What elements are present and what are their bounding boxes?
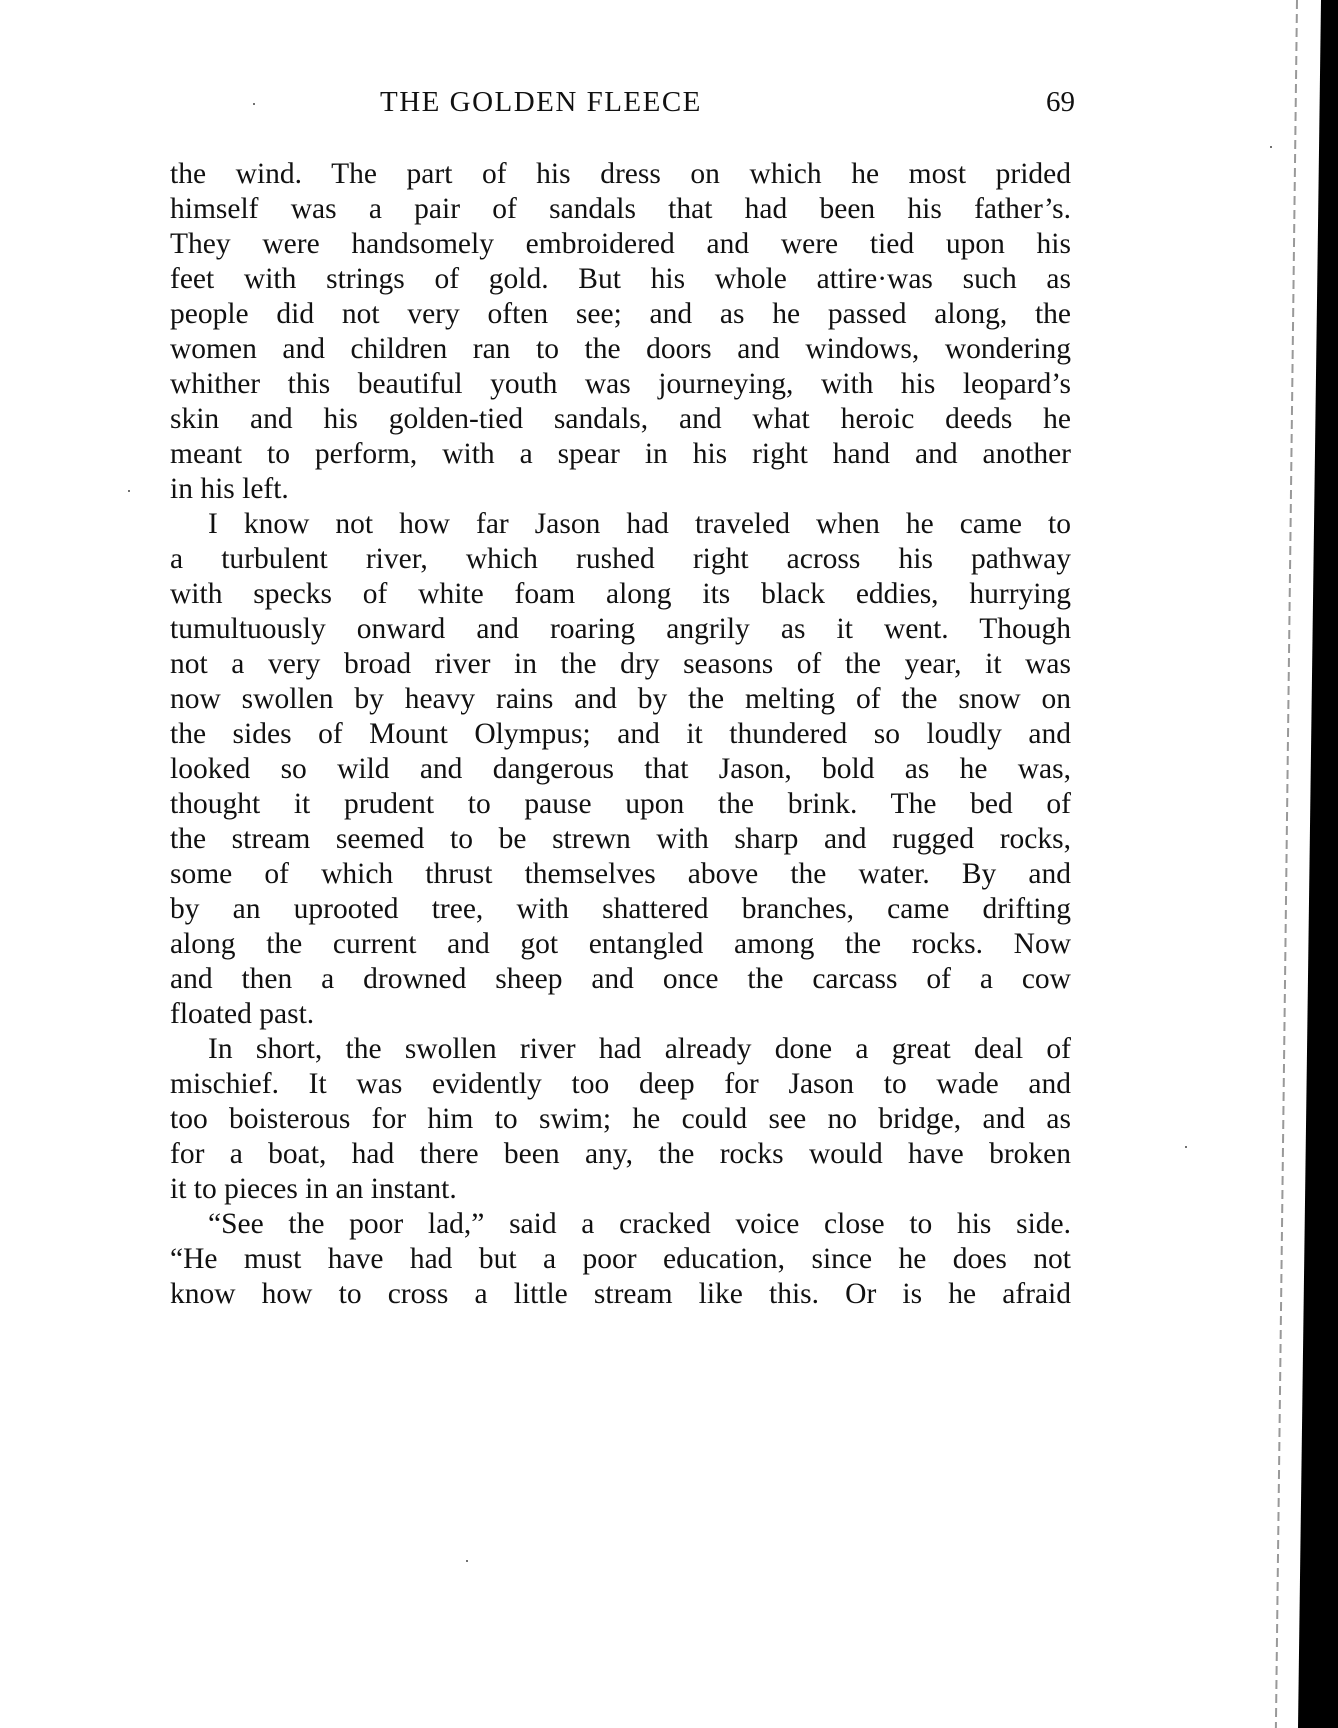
text-line: too boisterous for him to swim; he could… <box>170 1102 1071 1137</box>
text-line: tumultuously onward and roaring angrily … <box>170 612 1071 647</box>
scan-speck <box>1185 1146 1187 1148</box>
text-line: meant to perform, with a spear in his ri… <box>170 437 1071 472</box>
text-line: “He must have had but a poor education, … <box>170 1242 1071 1277</box>
text-line: the sides of Mount Olympus; and it thund… <box>170 717 1071 752</box>
text-line: looked so wild and dangerous that Jason,… <box>170 752 1071 787</box>
text-line: now swollen by heavy rains and by the me… <box>170 682 1071 717</box>
text-line: mischief. It was evidently too deep for … <box>170 1067 1071 1102</box>
text-line: floated past. <box>170 997 1071 1032</box>
paragraph-first-line: “See the poor lad,” said a cracked voice… <box>170 1207 1071 1242</box>
text-line: the wind. The part of his dress on which… <box>170 157 1071 192</box>
text-line: whither this beautiful youth was journey… <box>170 367 1071 402</box>
book-page: THE GOLDEN FLEECE 69 the wind. The part … <box>0 0 1338 1728</box>
text-line: not a very broad river in the dry season… <box>170 647 1071 682</box>
running-title: THE GOLDEN FLEECE <box>380 86 702 119</box>
text-line: it to pieces in an instant. <box>170 1172 1071 1207</box>
text-line: know how to cross a little stream like t… <box>170 1277 1071 1312</box>
text-line: people did not very often see; and as he… <box>170 297 1071 332</box>
text-line: skin and his golden-tied sandals, and wh… <box>170 402 1071 437</box>
scan-speck <box>253 103 255 105</box>
body-text: the wind. The part of his dress on which… <box>170 157 1071 1312</box>
text-line: some of which thrust themselves above th… <box>170 857 1071 892</box>
scan-edge-hairline <box>1275 0 1298 1728</box>
text-line: the stream seemed to be strewn with shar… <box>170 822 1071 857</box>
text-line: They were handsomely embroidered and wer… <box>170 227 1071 262</box>
scan-speck <box>128 490 130 492</box>
text-line: in his left. <box>170 472 1071 507</box>
paragraph-first-line: In short, the swollen river had already … <box>170 1032 1071 1067</box>
text-line: a turbulent river, which rushed right ac… <box>170 542 1071 577</box>
text-line: and then a drowned sheep and once the ca… <box>170 962 1071 997</box>
text-line: himself was a pair of sandals that had b… <box>170 192 1071 227</box>
text-line: feet with strings of gold. But his whole… <box>170 262 1071 297</box>
text-line: along the current and got entangled amon… <box>170 927 1071 962</box>
scan-speck <box>1270 146 1272 148</box>
text-line: with specks of white foam along its blac… <box>170 577 1071 612</box>
text-line: by an uprooted tree, with shattered bran… <box>170 892 1071 927</box>
text-line: women and children ran to the doors and … <box>170 332 1071 367</box>
paragraph-first-line: I know not how far Jason had traveled wh… <box>170 507 1071 542</box>
scan-speck <box>466 1560 468 1562</box>
page-number: 69 <box>1046 86 1075 119</box>
text-line: for a boat, had there been any, the rock… <box>170 1137 1071 1172</box>
scan-edge-shadow <box>1298 0 1338 1728</box>
text-line: thought it prudent to pause upon the bri… <box>170 787 1071 822</box>
